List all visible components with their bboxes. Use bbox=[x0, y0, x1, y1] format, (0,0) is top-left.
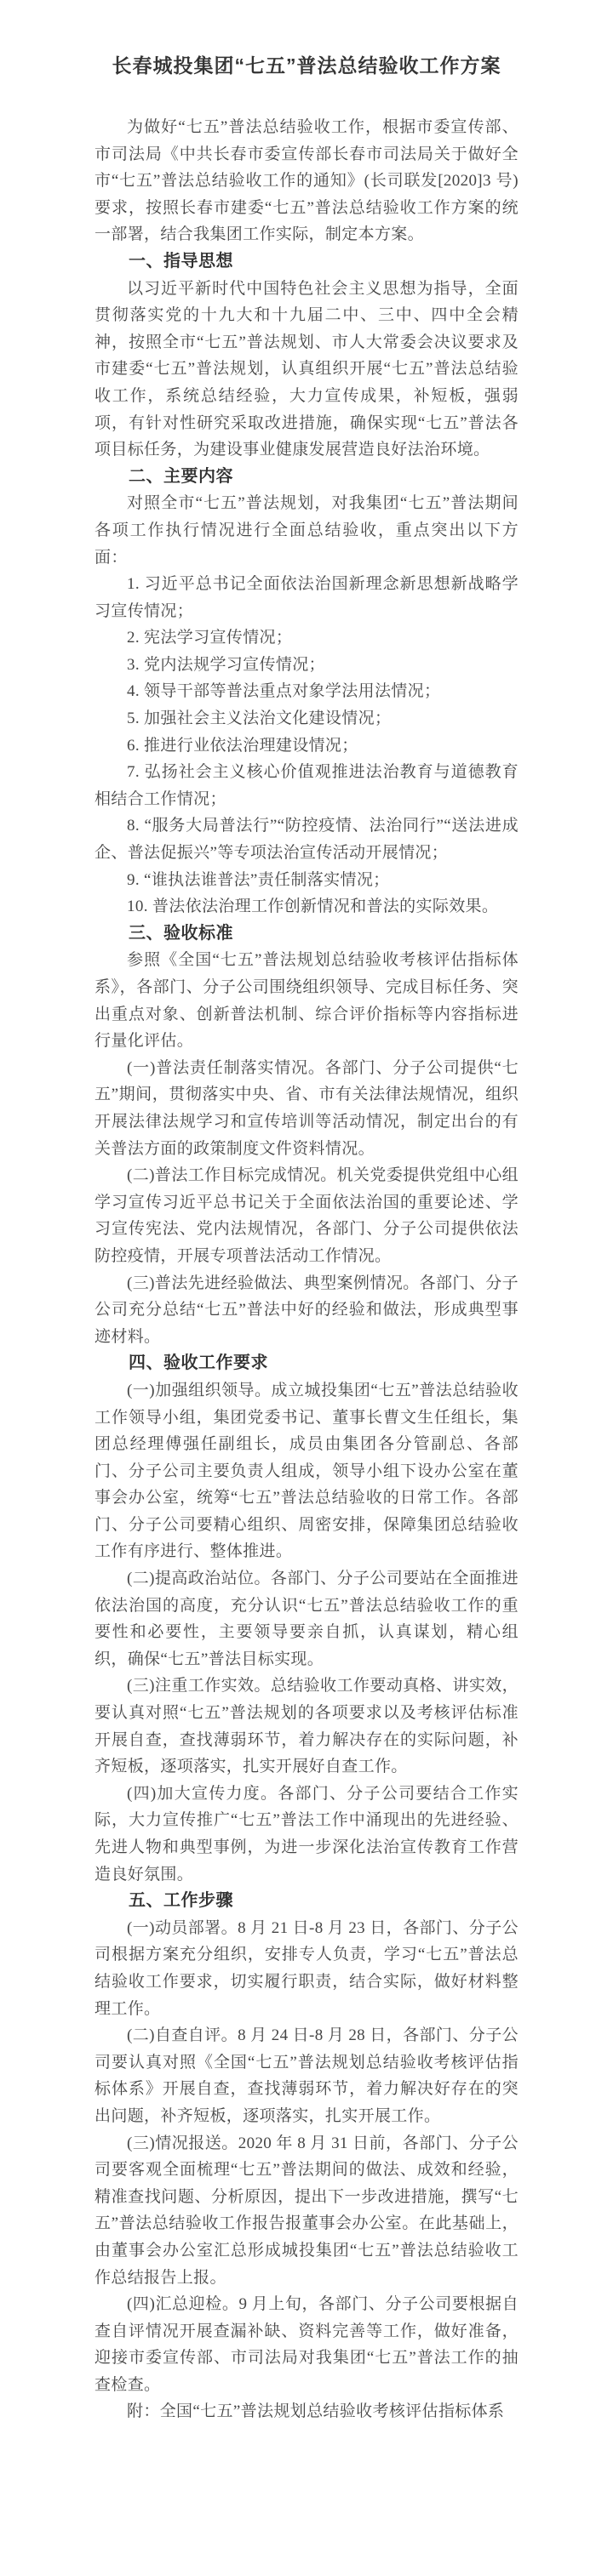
paragraph: (四)加大宣传力度。各部门、分子公司要结合工作实际，大力宣传推广“七五”普法工作… bbox=[95, 1781, 519, 1888]
paragraph: 10. 普法依法治理工作创新情况和普法的实际效果。 bbox=[95, 893, 519, 920]
paragraph: (一)加强组织领导。成立城投集团“七五”普法总结验收工作领导小组，集团党委书记、… bbox=[95, 1377, 519, 1565]
paragraph: (一)普法责任制落实情况。各部门、分子公司提供“七五”期间，贯彻落实中央、省、市… bbox=[95, 1055, 519, 1162]
document-body: 为做好“七五”普法总结验收工作，根据市委宣传部、市司法局《中共长春市委宣传部长春… bbox=[95, 114, 519, 2425]
paragraph: (三)普法先进经验做法、典型案例情况。各部门、分子公司充分总结“七五”普法中好的… bbox=[95, 1270, 519, 1351]
paragraph: 附：全国“七五”普法规划总结验收考核评估指标体系 bbox=[95, 2398, 519, 2425]
paragraph: 8. “服务大局普法行”“防控疫情、法治同行”“送法进成企、普法促振兴”等专项法… bbox=[95, 812, 519, 866]
paragraph: (四)汇总迎检。9 月上旬，各部门、分子公司要根据自查自评情况开展查漏补缺、资料… bbox=[95, 2291, 519, 2398]
paragraph: 参照《全国“七五”普法规划总结验收考核评估指标体系》，各部门、分子公司围绕组织领… bbox=[95, 947, 519, 1054]
paragraph: (二)普法工作目标完成情况。机关党委提供党组中心组学习宣传习近平总书记关于全面依… bbox=[95, 1162, 519, 1269]
paragraph: 5. 加强社会主义法治文化建设情况； bbox=[95, 705, 519, 732]
paragraph: 4. 领导干部等普法重点对象学法用法情况； bbox=[95, 678, 519, 705]
paragraph: (三)情况报送。2020 年 8 月 31 日前，各部门、分子公司要客观全面梳理… bbox=[95, 2130, 519, 2292]
paragraph: 以习近平新时代中国特色社会主义思想为指导，全面贯彻落实党的十九大和十九届二中、三… bbox=[95, 276, 519, 464]
paragraph: (二)自查自评。8 月 24 日-8 月 28 日，各部门、分子公司要认真对照《… bbox=[95, 2022, 519, 2129]
section-heading: 五、工作步骤 bbox=[95, 1888, 519, 1915]
section-heading: 四、验收工作要求 bbox=[95, 1350, 519, 1377]
paragraph: 2. 宪法学习宣传情况； bbox=[95, 624, 519, 652]
document-title: 长春城投集团“七五”普法总结验收工作方案 bbox=[95, 0, 519, 80]
section-heading: 一、指导思想 bbox=[95, 248, 519, 276]
section-heading: 三、验收标准 bbox=[95, 920, 519, 948]
paragraph: (三)注重工作实效。总结验收工作要动真格、讲实效，要认真对照“七五”普法规划的各… bbox=[95, 1673, 519, 1780]
paragraph: 3. 党内法规学习宣传情况； bbox=[95, 652, 519, 679]
paragraph: 9. “谁执法谁普法”责任制落实情况； bbox=[95, 867, 519, 894]
paragraph: 1. 习近平总书记全面依法治国新理念新思想新战略学习宣传情况； bbox=[95, 571, 519, 624]
document-page: 长春城投集团“七五”普法总结验收工作方案 为做好“七五”普法总结验收工作，根据市… bbox=[0, 0, 596, 2576]
paragraph: 为做好“七五”普法总结验收工作，根据市委宣传部、市司法局《中共长春市委宣传部长春… bbox=[95, 114, 519, 248]
paragraph: 7. 弘扬社会主义核心价值观推进法治教育与道德教育相结合工作情况； bbox=[95, 759, 519, 812]
section-heading: 二、主要内容 bbox=[95, 464, 519, 491]
paragraph: 对照全市“七五”普法规划，对我集团“七五”普法期间各项工作执行情况进行全面总结验… bbox=[95, 490, 519, 571]
paragraph: 6. 推进行业依法治理建设情况； bbox=[95, 732, 519, 760]
paragraph: (二)提高政治站位。各部门、分子公司要站在全面推进依法治国的高度，充分认识“七五… bbox=[95, 1565, 519, 1673]
paragraph: (一)动员部署。8 月 21 日-8 月 23 日，各部门、分子公司根据方案充分… bbox=[95, 1915, 519, 2022]
